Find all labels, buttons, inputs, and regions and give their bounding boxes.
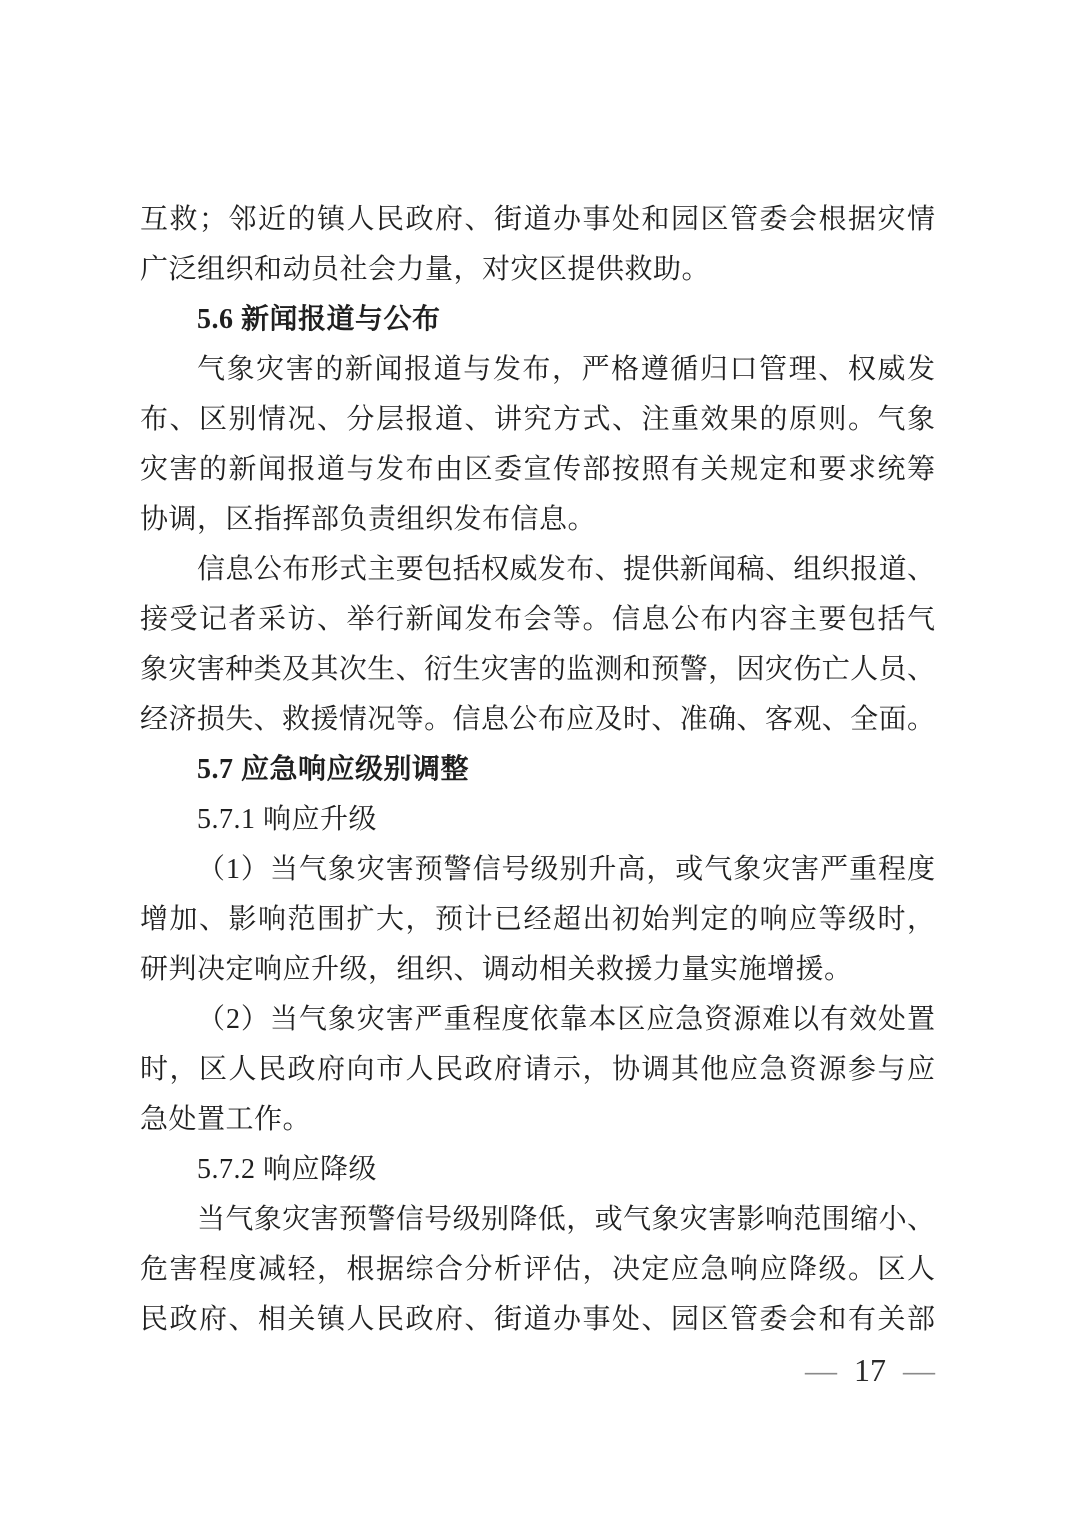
text-line: （1）当气象灾害预警信号级别升高，或气象灾害严重程度 xyxy=(140,845,935,895)
document-page: 互救；邻近的镇人民政府、街道办事处和园区管委会根据灾情 广泛组织和动员社会力量，… xyxy=(0,0,1074,1520)
text-line: 民政府、相关镇人民政府、街道办事处、园区管委会和有关部 xyxy=(140,1295,935,1345)
document-body: 互救；邻近的镇人民政府、街道办事处和园区管委会根据灾情 广泛组织和动员社会力量，… xyxy=(140,195,935,1345)
subheading-5-7-1: 5.7.1 响应升级 xyxy=(140,795,935,845)
text-line: （2）当气象灾害严重程度依靠本区应急资源难以有效处置 xyxy=(140,995,935,1045)
text-line: 研判决定响应升级，组织、调动相关救援力量实施增援。 xyxy=(140,945,935,995)
section-heading-5-6: 5.6 新闻报道与公布 xyxy=(140,295,935,345)
text-line: 经济损失、救援情况等。信息公布应及时、准确、客观、全面。 xyxy=(140,695,935,745)
footer-dash-right: — xyxy=(903,1352,935,1388)
text-line: 象灾害种类及其次生、衍生灾害的监测和预警，因灾伤亡人员、 xyxy=(140,645,935,695)
text-line: 广泛组织和动员社会力量，对灾区提供救助。 xyxy=(140,245,935,295)
text-line: 协调，区指挥部负责组织发布信息。 xyxy=(140,495,935,545)
text-line: 危害程度减轻，根据综合分析评估，决定应急响应降级。区人 xyxy=(140,1245,935,1295)
page-footer: — 17 — xyxy=(140,1348,935,1392)
text-line: 急处置工作。 xyxy=(140,1095,935,1145)
text-line: 接受记者采访、举行新闻发布会等。信息公布内容主要包括气 xyxy=(140,595,935,645)
section-heading-5-7: 5.7 应急响应级别调整 xyxy=(140,745,935,795)
subheading-5-7-2: 5.7.2 响应降级 xyxy=(140,1145,935,1195)
text-line: 增加、影响范围扩大，预计已经超出初始判定的响应等级时， xyxy=(140,895,935,945)
text-line: 布、区别情况、分层报道、讲究方式、注重效果的原则。气象 xyxy=(140,395,935,445)
footer-dash-left: — xyxy=(805,1352,837,1388)
text-line: 时，区人民政府向市人民政府请示，协调其他应急资源参与应 xyxy=(140,1045,935,1095)
text-line: 当气象灾害预警信号级别降低，或气象灾害影响范围缩小、 xyxy=(140,1195,935,1245)
text-line: 灾害的新闻报道与发布由区委宣传部按照有关规定和要求统筹 xyxy=(140,445,935,495)
text-line: 互救；邻近的镇人民政府、街道办事处和园区管委会根据灾情 xyxy=(140,195,935,245)
text-line: 信息公布形式主要包括权威发布、提供新闻稿、组织报道、 xyxy=(140,545,935,595)
text-line: 气象灾害的新闻报道与发布，严格遵循归口管理、权威发 xyxy=(140,345,935,395)
page-number: 17 xyxy=(854,1352,886,1388)
